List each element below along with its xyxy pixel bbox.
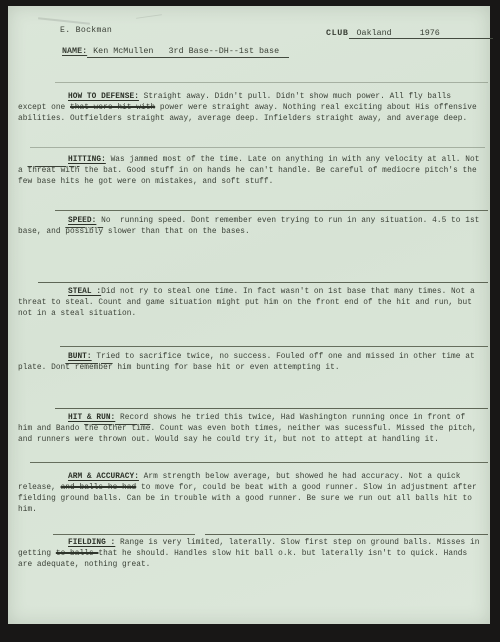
name-label: NAME: [62,46,87,56]
pencil-mark [136,14,162,19]
text-run: threat with [27,167,79,175]
section-divider [30,462,488,463]
section-divider [55,408,488,409]
section-heading: HIT & RUN: [68,414,115,422]
section-heading: FIELDING : [68,539,115,547]
section-heading: BUNT: [68,353,92,361]
section-heading: SPEED: [68,217,96,225]
section-fielding: FIELDING : Range is very limited, latera… [18,538,482,571]
section-divider [55,82,488,83]
text-run: possibly [65,228,103,236]
section-arm-and-accuracy: ARM & ACCURACY: Arm strength below avera… [18,472,482,516]
club-label: CLUB [326,28,349,38]
text-run: him bunting for base hit or even attempt… [113,364,340,372]
text-run: to balls [56,550,99,558]
section-heading: HOW TO DEFENSE: [68,93,139,101]
club-year: 1976 [420,28,440,38]
scan-background: { "colors": { "paper": "#d9e5d8", "ink":… [0,0,500,642]
section-steal: STEAL :Did not ry to steal one time. In … [18,287,482,320]
text-run: t remember [65,364,112,372]
section-hit-and-run: HIT & RUN: Record shows he tried this tw… [18,413,482,446]
section-divider [53,534,195,535]
section-heading: ARM & ACCURACY: [68,473,139,481]
player-name-and-position: Ken McMullen 3rd Base--DH--1st base [87,46,289,58]
section-heading: STEAL : [68,288,101,296]
pencil-mark [38,17,90,24]
section-bunt: BUNT: Tried to sacrifice twice, no succe… [18,352,482,374]
scout-name: E. Bockman [60,26,112,35]
section-divider [55,210,488,211]
scouting-report-page: E. Bockman CLUBOakland1976 NAME:Ken McMu… [8,6,490,624]
club-value: Oakland [357,28,392,38]
section-how-to-defense: HOW TO DEFENSE: Straight away. Didn't pu… [18,92,482,125]
text-run: slower than that on the bases. [103,228,250,236]
club-value-underline: Oakland1976 [349,28,493,39]
text-run: the bat. Good stuff in on hands he can't… [18,167,481,186]
section-heading: HITTING: [68,156,106,164]
name-line: NAME:Ken McMullen 3rd Base--DH--1st base [62,46,289,58]
section-divider [205,534,488,535]
section-divider [60,346,488,347]
section-speed: SPEED: No running speed. Dont remember e… [18,216,482,238]
section-hitting: HITTING: Was jammed most of the time. La… [18,155,482,188]
section-divider [30,147,485,148]
club-line: CLUBOakland1976 [326,28,493,39]
section-divider [38,282,488,283]
text-run: and balls he had [61,484,137,492]
text-run: that were hit with [70,104,155,112]
text-run: the other time [84,425,150,433]
